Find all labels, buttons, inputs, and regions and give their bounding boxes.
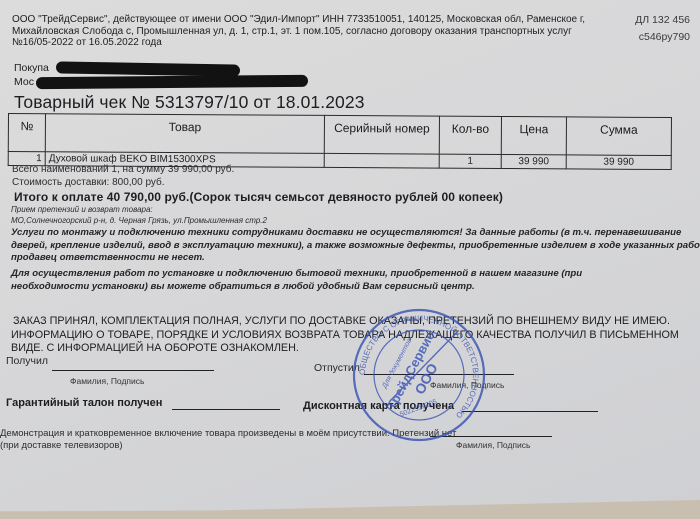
received-label: Получил bbox=[6, 355, 48, 367]
col-header-number: № bbox=[8, 114, 45, 152]
col-header-sum: Сумма bbox=[566, 117, 671, 156]
doc-codes: ДЛ 132 456 с546ру790 bbox=[635, 12, 690, 46]
col-header-product: Товар bbox=[45, 114, 324, 154]
installation-notice-line-1: Услуги по монтажу и подключению техники … bbox=[11, 227, 700, 240]
acceptance-line-3: ВИДЕ. С ИНФОРМАЦИЕЙ НА ОБОРОТЕ ОЗНАКОМЛЕ… bbox=[11, 342, 679, 356]
row-qty: 1 bbox=[439, 154, 501, 168]
warranty-label: Гарантийный талон получен bbox=[6, 397, 162, 409]
acceptance-line-2: ИНФОРМАЦИЮ О ТОВАРЕ, ПОРЯДКЕ И УСЛОВИЯХ … bbox=[11, 329, 679, 343]
delivery-cost: Стоимость доставки: 800,00 руб. bbox=[12, 177, 165, 189]
receipt-title: Товарный чек № 5313797/10 от 18.01.2023 bbox=[14, 92, 365, 113]
grand-total: Итого к оплате 40 790,00 руб.(Сорок тыся… bbox=[14, 190, 503, 204]
returns-label: Прием претензий и возврат товара: bbox=[11, 205, 153, 215]
vehicle-number: с546ру790 bbox=[635, 29, 690, 46]
demo-statement-line-2: (при доставке телевизоров) bbox=[0, 440, 123, 452]
redaction-mark bbox=[36, 75, 308, 89]
returns-address: МО,Солнечногорский р-н, д. Черная Грязь,… bbox=[11, 216, 267, 226]
installation-notice: Услуги по монтажу и подключению техники … bbox=[11, 227, 700, 265]
row-price: 39 990 bbox=[501, 155, 566, 169]
received-name-hint: Фамилия, Подпись bbox=[70, 376, 144, 386]
seller-header-line-1: ООО "ТрейдСервис", действующее от имени … bbox=[12, 14, 585, 26]
company-stamp-icon: ОБЩЕСТВО С ОГРАНИЧЕННОЙ ОТВЕТСТВЕННОСТЬЮ… bbox=[350, 306, 488, 444]
received-signature-line[interactable] bbox=[52, 370, 214, 371]
col-header-price: Цена bbox=[501, 117, 566, 155]
col-header-serial: Серийный номер bbox=[324, 115, 439, 154]
table-header-row: № Товар Серийный номер Кол-во Цена Сумма bbox=[8, 114, 671, 156]
service-notice: Для осуществления работ по установке и п… bbox=[11, 268, 582, 293]
acceptance-statement: ЗАКАЗ ПРИНЯЛ, КОМПЛЕКТАЦИЯ ПОЛНАЯ, УСЛУГ… bbox=[11, 315, 679, 356]
service-notice-line-2: необходимости установки) вы можете обрат… bbox=[11, 281, 582, 294]
row-sum: 39 990 bbox=[566, 155, 671, 170]
col-header-qty: Кол-во bbox=[439, 116, 501, 154]
acceptance-line-1: ЗАКАЗ ПРИНЯЛ, КОМПЛЕКТАЦИЯ ПОЛНАЯ, УСЛУГ… bbox=[11, 315, 679, 329]
items-table: № Товар Серийный номер Кол-во Цена Сумма… bbox=[8, 113, 672, 170]
warranty-signature-line[interactable] bbox=[172, 409, 280, 410]
doc-code: ДЛ 132 456 bbox=[635, 12, 690, 29]
installation-notice-line-2: дверей, крепление изделий, ввод в эксплу… bbox=[11, 240, 700, 253]
items-total: Всего наименований 1, на сумму 39 990,00… bbox=[12, 164, 234, 176]
installation-notice-line-3: продавец ответственности не несет. bbox=[11, 252, 700, 265]
seller-header: ООО "ТрейдСервис", действующее от имени … bbox=[12, 14, 585, 49]
stamp-inn: 5022559205 bbox=[399, 399, 438, 419]
service-notice-line-1: Для осуществления работ по установке и п… bbox=[11, 268, 582, 281]
seller-header-line-2: Михайловская Слобода с, Промышленная ул,… bbox=[12, 26, 585, 38]
row-serial bbox=[324, 153, 439, 168]
seller-header-line-3: №16/05-2022 от 16.05.2022 года bbox=[12, 37, 585, 49]
buyer-label: Покупа bbox=[14, 61, 49, 75]
